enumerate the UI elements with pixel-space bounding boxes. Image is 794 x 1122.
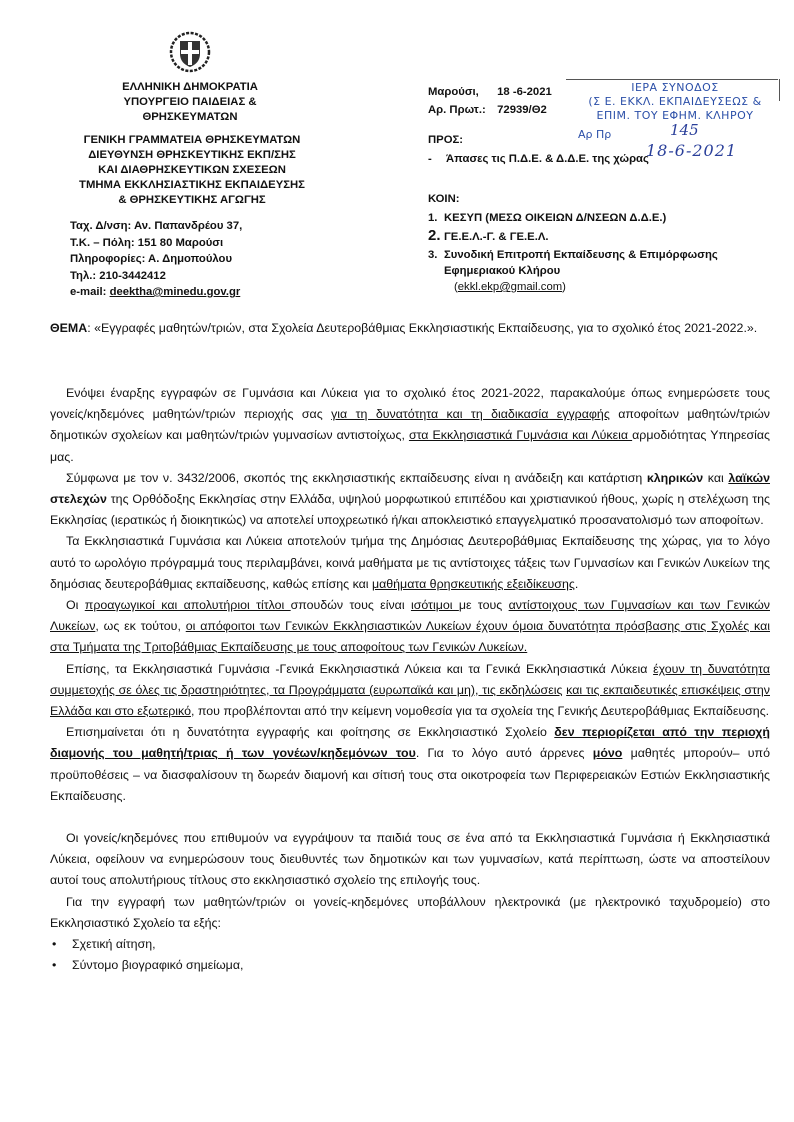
list-item: •Σχετική αίτηση, xyxy=(50,934,770,955)
sender-block: ΕΛΛΗΝΙΚΗ ΔΗΜΟΚΡΑΤΙΑ ΥΠΟΥΡΓΕΙΟ ΠΑΙΔΕΙΑΣ &… xyxy=(60,30,320,301)
paragraph: Επίσης, τα Εκκλησιαστικά Γυμνάσια -Γενικ… xyxy=(50,659,770,723)
to-item: -Άπασες τις Π.Δ.Ε. & Δ.Δ.Ε. της χώρας xyxy=(428,150,788,168)
bullet-icon: • xyxy=(52,934,56,955)
requirements-list: •Σχετική αίτηση, •Σύντομο βιογραφικό σημ… xyxy=(50,934,770,976)
paragraph: Τα Εκκλησιαστικά Γυμνάσια και Λύκεια απο… xyxy=(50,531,770,595)
subject-line: ΘΕΜΑ: «Εγγραφές μαθητών/τριών, στα Σχολε… xyxy=(50,318,770,339)
cc-list: 1.ΚΕΣΥΠ (ΜΕΣΩ ΟΙΚΕΙΩΝ Δ/ΝΣΕΩΝ Δ.Δ.Ε.) 2.… xyxy=(428,210,788,295)
place-date: Μαρούσι, 18 -6-2021 xyxy=(428,83,788,101)
letter-body: Ενόψει έναρξης εγγραφών σε Γυμνάσια και … xyxy=(50,383,770,976)
cc-item: 1.ΚΕΣΥΠ (ΜΕΣΩ ΟΙΚΕΙΩΝ Δ/ΝΣΕΩΝ Δ.Δ.Ε.) xyxy=(428,210,788,226)
stamp-border xyxy=(566,79,778,80)
subject-text: : «Εγγραφές μαθητών/τριών, στα Σχολεία Δ… xyxy=(87,321,757,335)
recipient-block: Μαρούσι, 18 -6-2021 Αρ. Πρωτ.: 72939/Θ2 … xyxy=(428,83,788,295)
cc-label: ΚΟΙΝ: xyxy=(428,190,788,208)
city: Τ.Κ. – Πόλη: 151 80 Μαρούσι xyxy=(70,235,320,252)
cc-item: 2.ΓΕ.Ε.Λ.-Γ. & ΓΕ.Ε.Λ. xyxy=(428,228,788,245)
paragraph: Επισημαίνεται ότι η δυνατότητα εγγραφής … xyxy=(50,722,770,807)
cc-item: 3.Συνοδική Επιτροπή Εκπαίδευσης & Επιμόρ… xyxy=(428,247,788,295)
phone: Τηλ.: 210-3442412 xyxy=(70,268,320,285)
protocol-number: Αρ. Πρωτ.: 72939/Θ2 xyxy=(428,101,788,119)
contact-details: Ταχ. Δ/νση: Αν. Παπανδρέου 37, Τ.Κ. – Πό… xyxy=(70,218,320,301)
email-line: e-mail: deektha@minedu.gov.gr xyxy=(70,284,320,301)
to-label: ΠΡΟΣ: xyxy=(428,131,788,149)
subject-label: ΘΕΜΑ xyxy=(50,321,87,335)
list-item: •Σύντομο βιογραφικό σημείωμα, xyxy=(50,955,770,976)
paragraph: Για την εγγραφή των μαθητών/τριών οι γον… xyxy=(50,892,770,934)
paragraph: Οι προαγωγικοί και απολυτήριοι τίτλοι σπ… xyxy=(50,595,770,659)
info-contact: Πληροφορίες: Α. Δημοπούλου xyxy=(70,251,320,268)
email-link[interactable]: deektha@minedu.gov.gr xyxy=(110,286,241,298)
paragraph: Σύμφωνα με τον ν. 3432/2006, σκοπός της … xyxy=(50,468,770,532)
document-page: ΕΛΛΗΝΙΚΗ ΔΗΜΟΚΡΑΤΙΑ ΥΠΟΥΡΓΕΙΟ ΠΑΙΔΕΙΑΣ &… xyxy=(0,0,794,1122)
cc-email-link[interactable]: ekkl.ekp@gmail.com xyxy=(458,281,562,293)
org-name: ΕΛΛΗΝΙΚΗ ΔΗΜΟΚΡΑΤΙΑ ΥΠΟΥΡΓΕΙΟ ΠΑΙΔΕΙΑΣ &… xyxy=(60,80,320,125)
paragraph: Ενόψει έναρξης εγγραφών σε Γυμνάσια και … xyxy=(50,383,770,468)
greek-coat-of-arms-icon xyxy=(168,30,212,74)
address: Ταχ. Δ/νση: Αν. Παπανδρέου 37, xyxy=(70,218,320,235)
bullet-icon: • xyxy=(52,955,56,976)
department-name: ΓΕΝΙΚΗ ΓΡΑΜΜΑΤΕΙΑ ΘΡΗΣΚΕΥΜΑΤΩΝ ΔΙΕΥΘΥΝΣΗ… xyxy=(52,133,332,208)
paragraph: Οι γονείς/κηδεμόνες που επιθυμούν να εγγ… xyxy=(50,828,770,892)
